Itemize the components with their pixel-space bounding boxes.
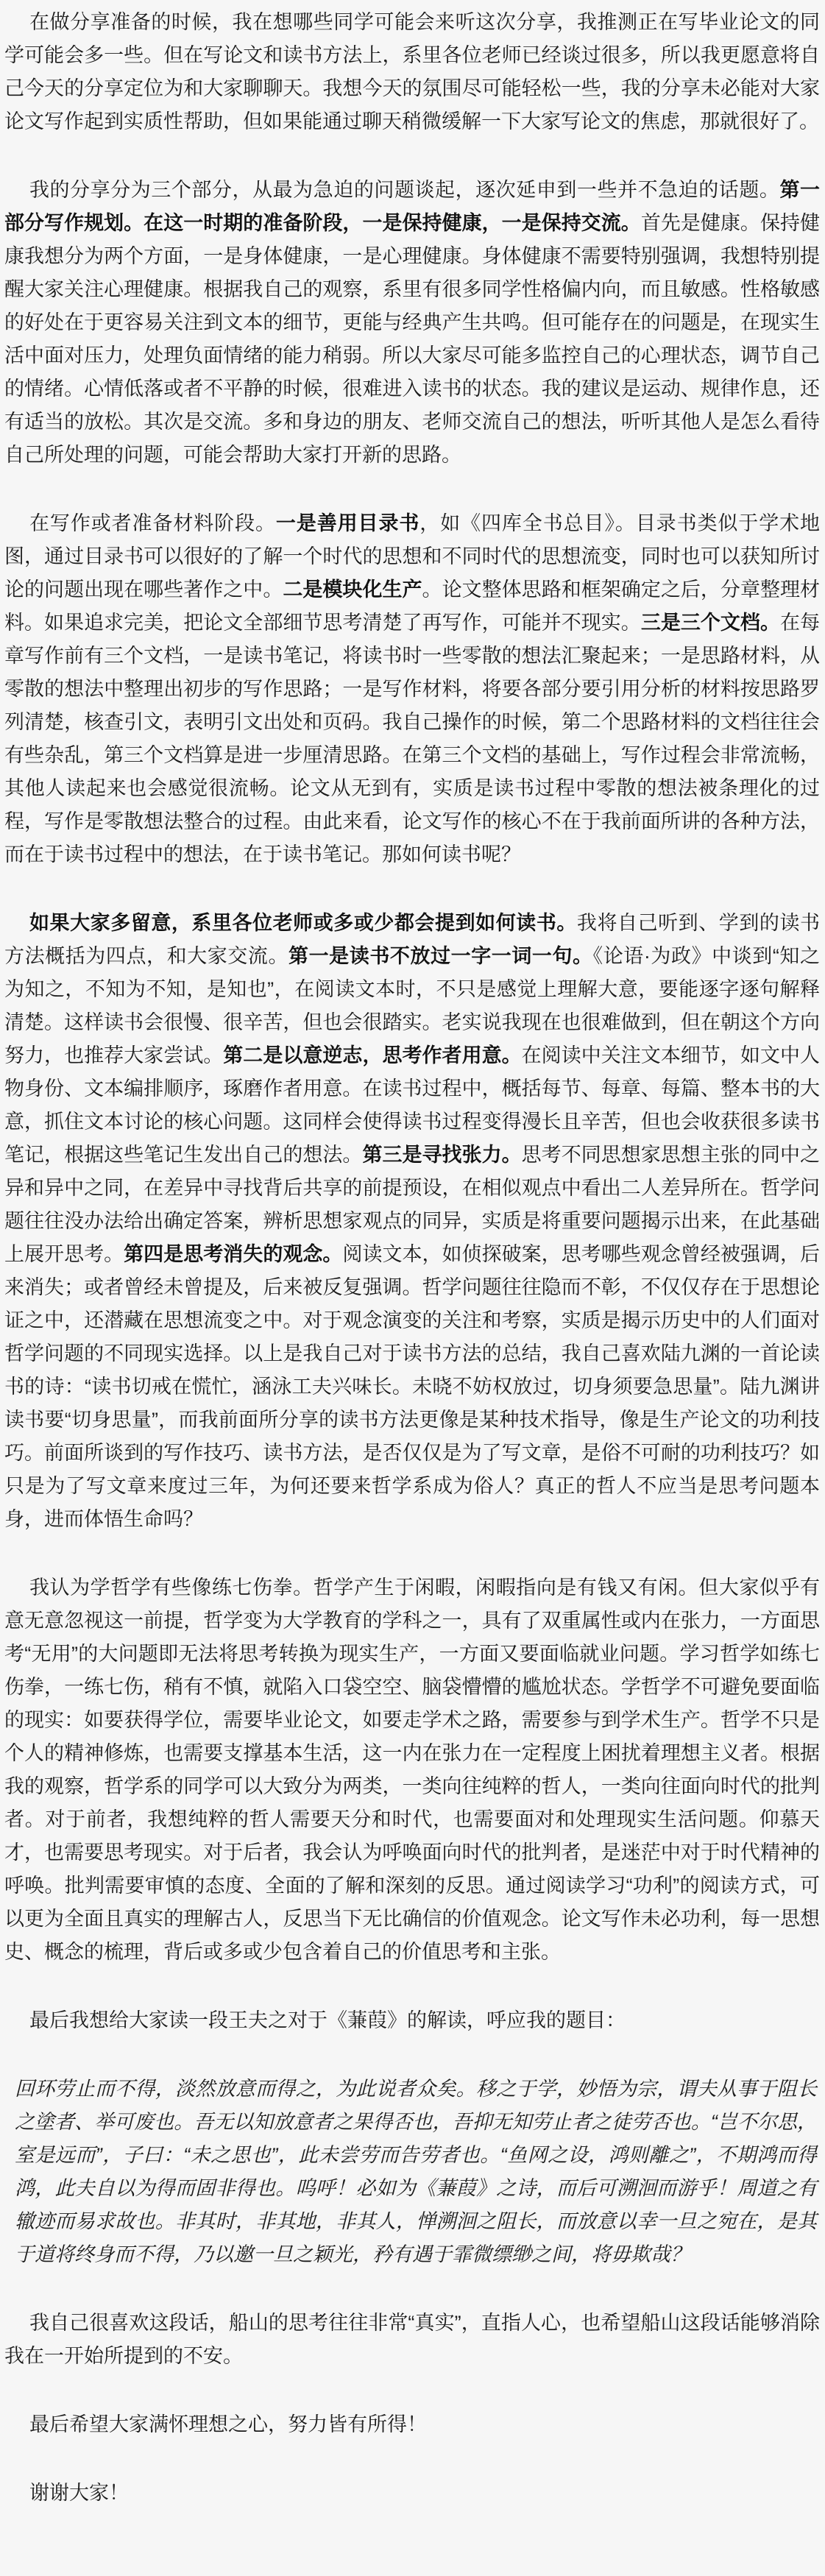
text-segment: 我认为学哲学有些像练七伤拳。哲学产生于闲暇，闲暇指向是有钱又有闲。但大家似乎有意… [4,1577,820,1963]
text-segment: 第二是以意逆志，思考作者用意。 [223,1044,521,1066]
quote-block: 回环劳止而不得，淡然放意而得之，为此说者众矣。移之于学，妙悟为宗，谓夫从事于阻长… [15,2073,817,2271]
text-segment: 谢谢大家！ [29,2482,129,2504]
text-segment: 阅读文本，如侦探破案，思考哪些观念曾经被强调，后来消失；或者曾经未曾提及，后来被… [4,1243,820,1530]
paragraph: 如果大家多留意，系里各位老师或多或少都会提到如何读书。我将自己听到、学到的读书方… [4,907,820,1536]
paragraph: 我的分享分为三个部分，从最为急迫的问题谈起，逐次延申到一些并不急迫的话题。第一部… [4,174,820,472]
paragraph: 我自己很喜欢这段话，船山的思考往往非常“真实”，直指人心，也希望船山这段话能够消… [4,2307,820,2373]
text-segment: 第三是寻找张力。 [362,1144,521,1166]
text-segment: 一是善用目录书 [276,512,419,534]
document-body: 在做分享准备的时候，我在想哪些同学可能会来听这次分享，我推测正在写毕业论文的同学… [0,0,825,2576]
text-segment: 三是三个文档。 [641,612,780,634]
paragraph: 在做分享准备的时候，我在想哪些同学可能会来听这次分享，我推测正在写毕业论文的同学… [4,6,820,138]
paragraph: 最后我想给大家读一段王夫之对于《蒹葭》的解读，呼应我的题目： [4,2004,820,2037]
text-segment: 我的分享分为三个部分，从最为急迫的问题谈起，逐次延申到一些并不急迫的话题。 [29,179,779,201]
text-segment: 回环劳止而不得，淡然放意而得之，为此说者众矣。移之于学，妙悟为宗，谓夫从事于阻长… [15,2078,817,2265]
text-segment: 如果大家多留意，系里各位老师或多或少都会提到如何读书。 [29,912,577,934]
text-segment: 二是模块化生产 [283,578,422,601]
text-segment: 第四是思考消失的观念。 [124,1243,342,1265]
text-segment: 在每章写作前有三个文档，一是读书笔记，将读书时一些零散的想法汇聚起来；一是思路材… [4,612,820,866]
text-segment: 首先是健康。保持健康我想分为两个方面，一是身体健康，一是心理健康。身体健康不需要… [4,212,820,466]
paragraph: 在写作或者准备材料阶段。一是善用目录书，如《四库全书总目》。目录书类似于学术地图… [4,507,820,871]
text-segment: 最后我想给大家读一段王夫之对于《蒹葭》的解读，呼应我的题目： [29,2009,626,2031]
text-segment: 在做分享准备的时候，我在想哪些同学可能会来听这次分享，我推测正在写毕业论文的同学… [4,11,820,132]
paragraph: 最后希望大家满怀理想之心，努力皆有所得！ [4,2408,820,2441]
paragraph: 谢谢大家！ [4,2477,820,2510]
text-segment: 最后希望大家满怀理想之心，努力皆有所得！ [29,2413,427,2435]
text-segment: 我自己很喜欢这段话，船山的思考往往非常“真实”，直指人心，也希望船山这段话能够消… [4,2312,820,2367]
paragraph: 我认为学哲学有些像练七伤拳。哲学产生于闲暇，闲暇指向是有钱又有闲。但大家似乎有意… [4,1571,820,1969]
text-segment: 在写作或者准备材料阶段。 [29,512,276,534]
text-segment: 第一是读书不放过一字一词一句。 [288,945,593,967]
